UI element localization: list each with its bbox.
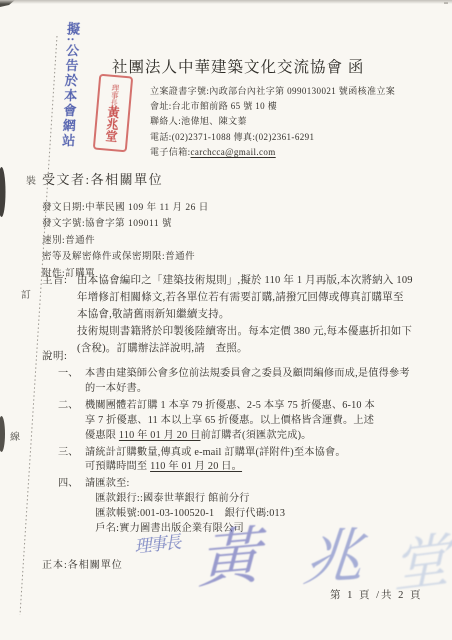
contact-person-line: 聯絡人:池偉旭、陳文蓁	[150, 114, 395, 129]
chairman-red-stamp: 理事長 黃兆堂	[93, 74, 133, 153]
email-line: 電子信箱:carchcca@gmail.com	[150, 145, 395, 160]
issue-date-line: 發文日期:中華民國 109 年 11 月 26 日	[42, 200, 209, 216]
security-class-line: 密等及解密條件或保密期限:普通件	[42, 249, 209, 265]
explanation-item-2: 二、 機關團體若訂購 1 本享 79 折優惠、2-5 本享 75 折優惠、6-1…	[58, 399, 450, 444]
handwritten-draft-note: 擬:公告於本會網站	[57, 22, 83, 177]
document-title: 社團法人中華建築文化交流協會 函	[112, 55, 364, 77]
binding-mark-ding: 訂	[21, 286, 32, 301]
speed-class-line: 速別:普通件	[42, 233, 209, 249]
page-number: 第 1 頁 /共 2 頁	[330, 587, 423, 602]
item-text-part: 前訂購者(須匯款完成)。	[201, 430, 312, 441]
registration-number-line: 立案證書字號:內政部台內社字第 0990130021 號函核准立案	[150, 84, 395, 99]
underlined-preorder-date: 110 年 01 月 20 日。	[150, 461, 242, 472]
scanned-letter-page: 裝 訂 線 擬:公告於本會網站 理事長 黃兆堂 社團法人中華建築文化交流協會 函…	[0, 0, 452, 640]
phone-fax-line: 電話:(02)2371-1088 傳真:(02)2361-6291	[150, 130, 395, 145]
subject-label: 主旨:	[42, 272, 77, 357]
recipient-line: 受文者:各相關單位	[42, 169, 163, 188]
explanation-item-3: 三、 請統計訂購數量,傳真或 e-mail 訂購單(詳附件)至本協會。 可預購時…	[58, 446, 450, 476]
address-line: 會址:台北市館前路 65 號 10 樓	[150, 99, 395, 114]
signature-title-scribble: 理事長	[134, 527, 182, 557]
item-text: 機關團體若訂購 1 本享 79 折優惠、2-5 本享 75 折優惠、6-10 本…	[85, 399, 375, 444]
item-number: 二、	[58, 399, 85, 444]
binding-mark-xian: 線	[10, 428, 21, 443]
binding-mark-zhuang: 裝	[26, 172, 37, 187]
item-text: 本書由建築師公會多位前法規委員會之委員及顧問編修而成,是值得參考 的一本好書。	[85, 367, 410, 397]
left-edge-smudge	[0, 167, 6, 217]
item-number: 三、	[58, 446, 85, 476]
explanation-item-4-remittance: 四、 請匯款至: 匯款銀行::國泰世華銀行 館前分行 匯款帳號:001-03-1…	[58, 477, 450, 537]
stamp-title-text: 理事長	[110, 84, 119, 107]
reference-number-line: 發文字號:協會字第 109011 號	[42, 216, 209, 232]
organization-info-block: 立案證書字號:內政部台內社字第 0990130021 號函核准立案 會址:台北市…	[150, 84, 395, 160]
explanation-list: 一、 本書由建築師公會多位前法規委員會之委員及顧問編修而成,是值得參考 的一本好…	[58, 367, 450, 539]
email-address: carchcca@gmail.com	[191, 147, 276, 157]
explanation-label: 說明:	[42, 348, 67, 363]
left-edge-smudge	[0, 416, 5, 452]
underlined-deadline-date: 110 年 01 月 20 日	[119, 430, 201, 441]
stamp-name-text: 黃兆堂	[104, 106, 119, 143]
remittance-info-text: 請匯款至: 匯款銀行::國泰世華銀行 館前分行 匯款帳號:001-03-1005…	[85, 477, 285, 537]
subject-text: 由本協會編印之「建築技術規則」,擬於 110 年 1 月再版,本次將納入 109…	[77, 272, 413, 357]
document-meta-block: 發文日期:中華民國 109 年 11 月 26 日 發文字號:協會字第 1090…	[42, 200, 209, 282]
email-label: 電子信箱:	[150, 147, 191, 157]
item-text: 請統計訂購數量,傳真或 e-mail 訂購單(詳附件)至本協會。 可預購時間至 …	[85, 446, 346, 476]
scan-top-shadow	[0, 0, 452, 4]
explanation-item-1: 一、 本書由建築師公會多位前法規委員會之委員及顧問編修而成,是值得參考 的一本好…	[58, 367, 450, 397]
item-number: 一、	[58, 367, 85, 397]
subject-section: 主旨: 由本協會編印之「建築技術規則」,擬於 110 年 1 月再版,本次將納入…	[42, 272, 413, 357]
original-copy-line: 正本:各相關單位	[42, 556, 123, 571]
item-number: 四、	[58, 477, 85, 537]
